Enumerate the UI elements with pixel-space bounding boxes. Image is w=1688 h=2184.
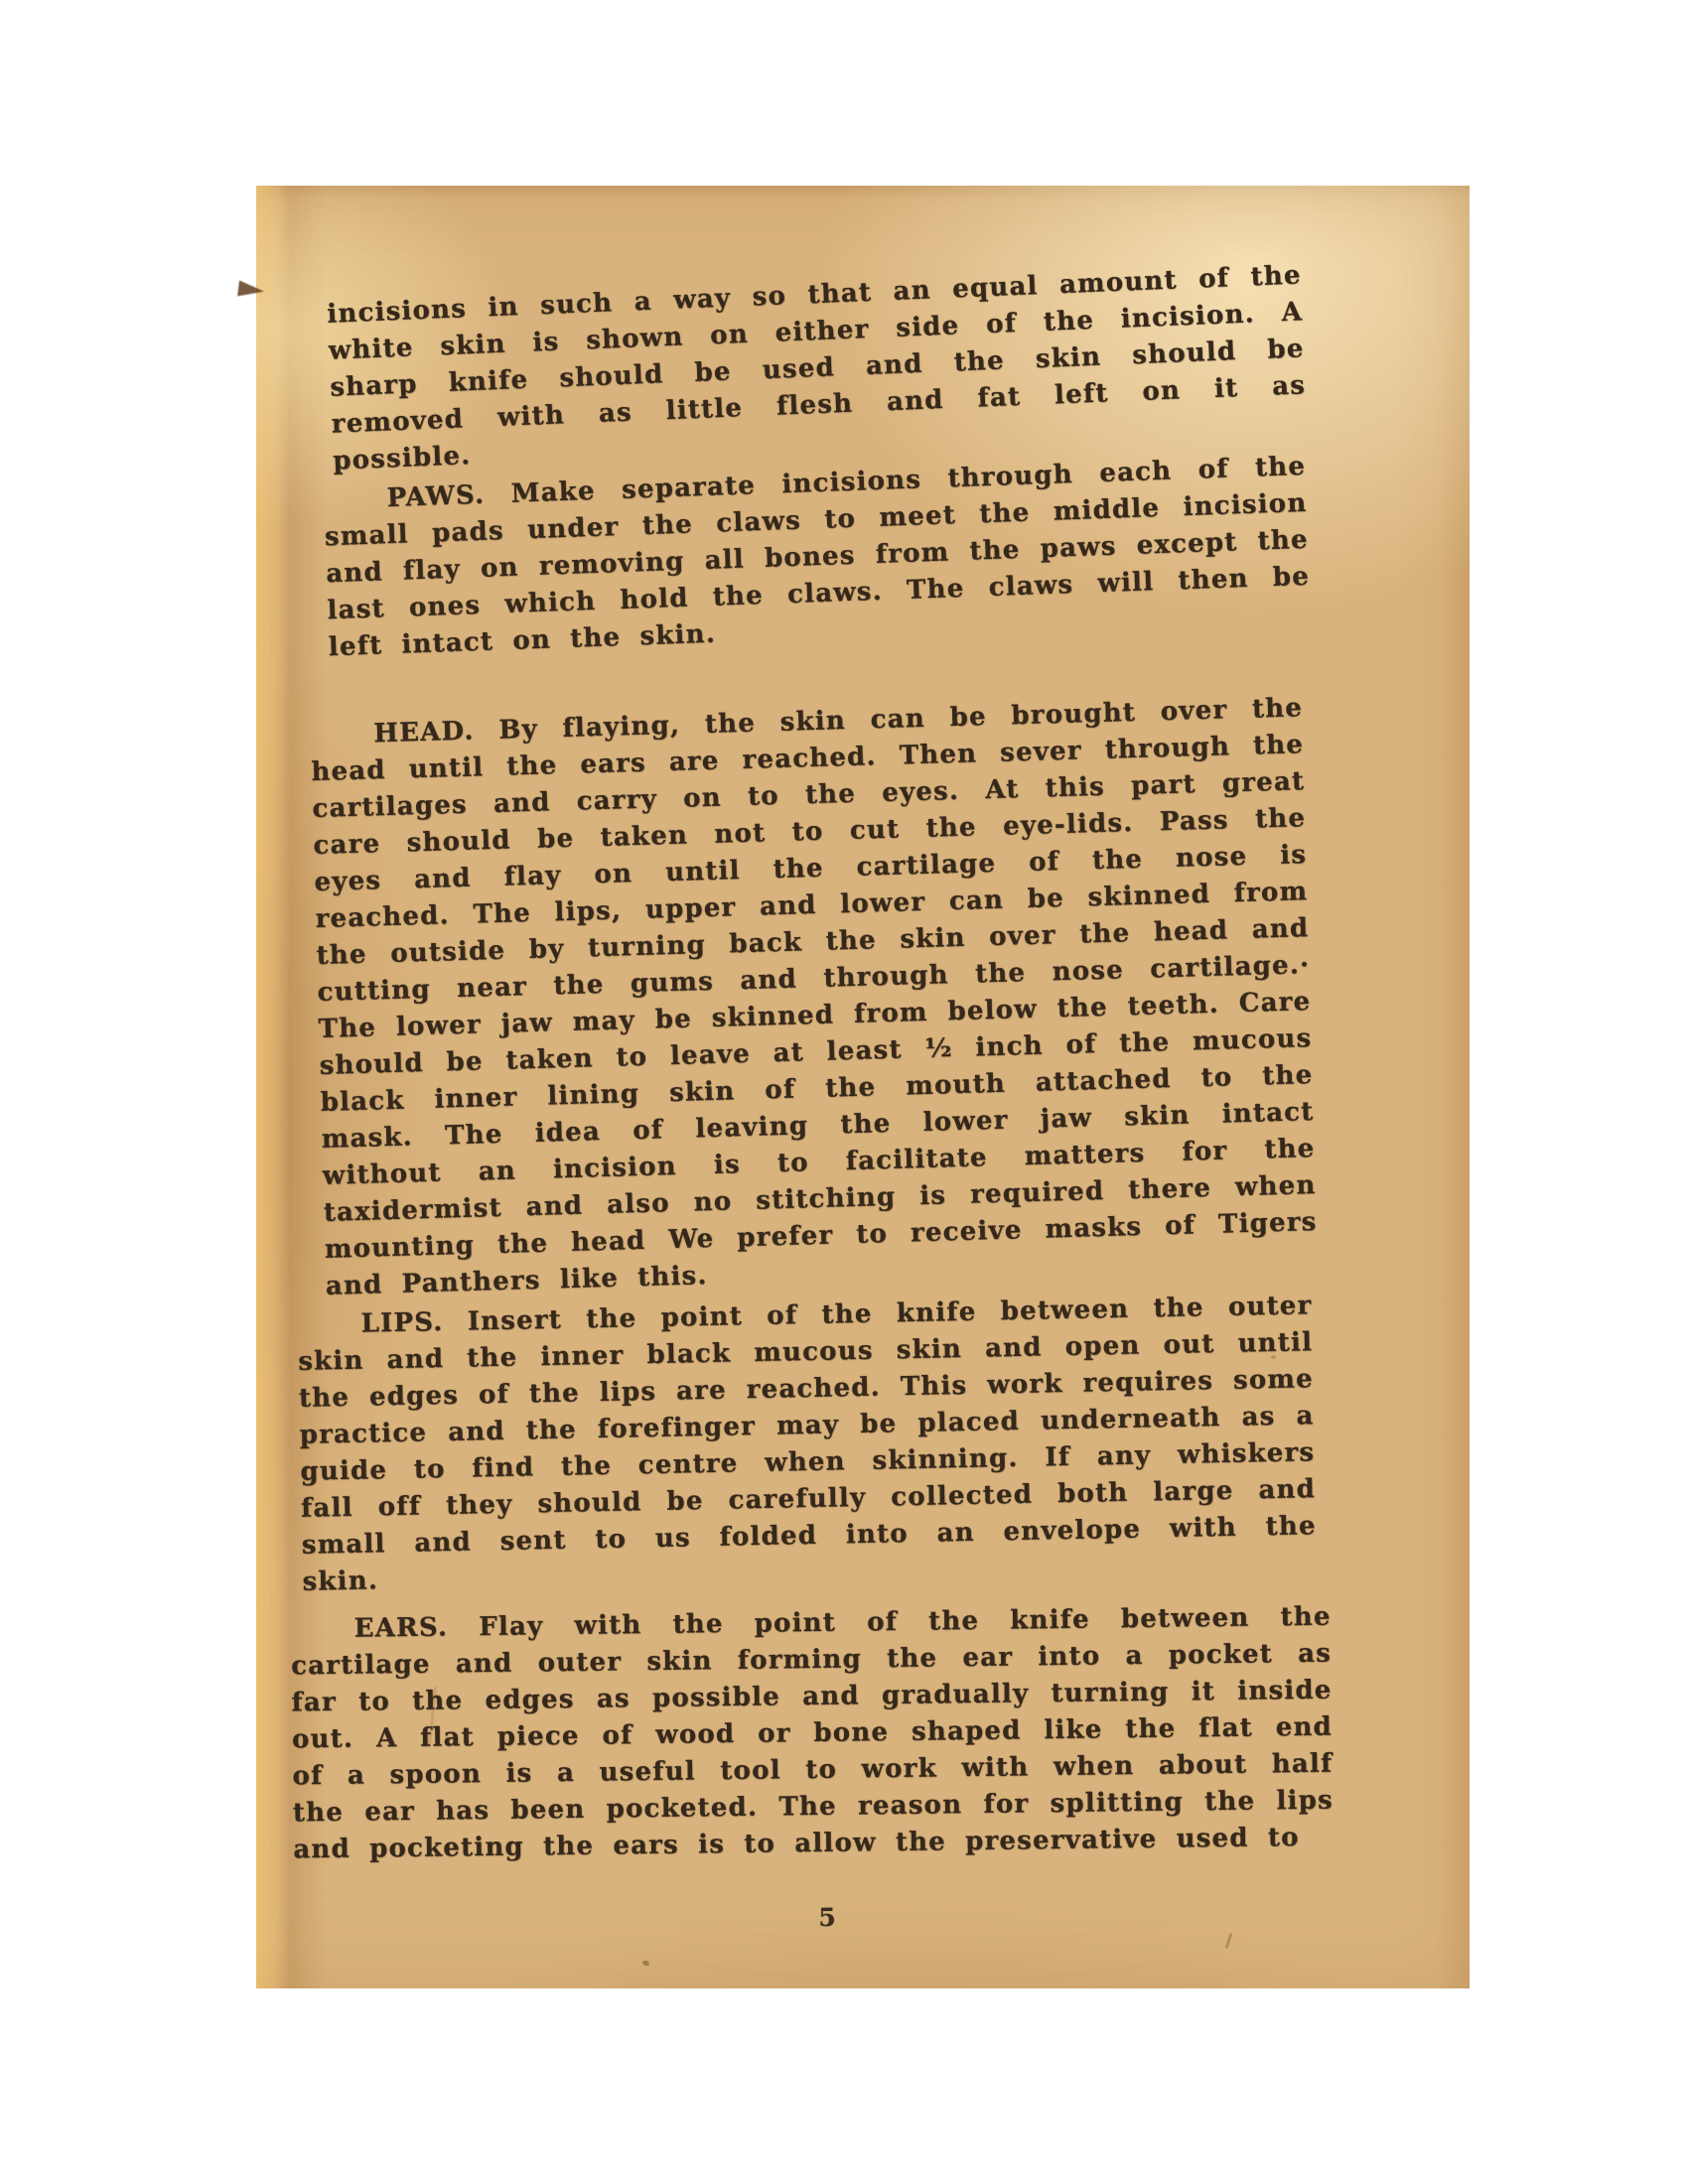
paragraph-head: HEAD. By flaying, the skin can be brough… — [310, 690, 1319, 1305]
page-number: 5 — [768, 1902, 887, 1933]
paragraph-paws: PAWS. Make separate incisions through ea… — [323, 449, 1312, 666]
paper-speck — [1271, 1355, 1276, 1359]
paragraph-lips: LIPS. Insert the point of the knife betw… — [297, 1288, 1317, 1601]
paper-speck — [1225, 1933, 1233, 1949]
paragraph-ears: EARS. Flay with the point of the knife b… — [290, 1599, 1334, 1869]
paragraph-continuation: incisions in such a way so that an equal… — [327, 257, 1309, 479]
paper-speck — [641, 1960, 649, 1967]
book-page: incisions in such a way so that an equal… — [256, 186, 1470, 1988]
margin-arrow-mark — [237, 280, 265, 299]
scan-backdrop: incisions in such a way so that an equal… — [0, 0, 1688, 2184]
